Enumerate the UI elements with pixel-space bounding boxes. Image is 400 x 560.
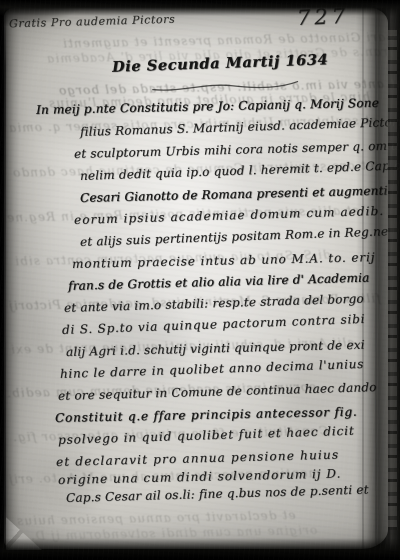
manuscript-line: Cap.s Cesar ail os.li: fine q.bus nos de… bbox=[66, 484, 369, 504]
manuscript-line: et alijs suis pertinentijs positam Rom.e… bbox=[80, 225, 389, 248]
manuscript-line: et declaravit pro annua pensione huius bbox=[56, 449, 340, 468]
bottom-edge-shadow bbox=[0, 538, 400, 560]
ink-layer: Gratis Pro audemia Pictors 727 Die Secun… bbox=[0, 0, 400, 560]
manuscript-line: eorum ipsius academiae domum cum aedib. bbox=[74, 205, 385, 226]
manuscript-line: di S. Sp.to via quinque pactorum contra … bbox=[62, 313, 366, 336]
manuscript-line: alij Agri i.d. schutij viginti quinque p… bbox=[66, 339, 365, 358]
underlying-pages-edge bbox=[388, 30, 397, 530]
manuscript-line: et ore sequitur in Comune de continua ha… bbox=[58, 381, 377, 402]
manuscript-line: In meij p.nte Constitutis pre Jo: Capian… bbox=[36, 97, 379, 116]
manuscript-line: origine una cum dindi solvendorum ij D. bbox=[58, 468, 342, 486]
manuscript-line: et sculptorum Urbis mihi cora notis semp… bbox=[74, 140, 399, 160]
gutter-crease-line bbox=[4, 0, 6, 560]
manuscript-line: fran.s de Grottis et alio alia via lire … bbox=[68, 272, 370, 292]
manuscript-line: hinc le darre in quolibet anno decima l'… bbox=[60, 358, 364, 380]
manuscript-line: psolvego in quid quolibet fuit et haec d… bbox=[58, 425, 355, 446]
date-underline-flourish bbox=[150, 73, 300, 88]
manuscript-line: Cesari Gianotto de Romana presenti et au… bbox=[80, 184, 388, 204]
manuscript-photo: Cesari Gianotto de Romana presenti et au… bbox=[0, 0, 400, 560]
manuscript-line: et ante via im.o stabili: resp.te strada… bbox=[64, 293, 364, 314]
date-heading: Die Secunda Martij 1634 bbox=[112, 53, 329, 75]
manuscript-line: filius Romanus S. Martinij eiusd. academ… bbox=[80, 116, 400, 138]
top-edge-shadow bbox=[0, 0, 400, 16]
binding-gutter-shadow bbox=[0, 0, 20, 560]
manuscript-line: Constituit q.e ffare principis antecesso… bbox=[55, 406, 358, 424]
manuscript-line: montium praecise intus ab uno M.A. to. e… bbox=[72, 251, 376, 270]
manuscript-line: nelim dedit quia ip.o quod l. heremit t.… bbox=[80, 159, 400, 182]
